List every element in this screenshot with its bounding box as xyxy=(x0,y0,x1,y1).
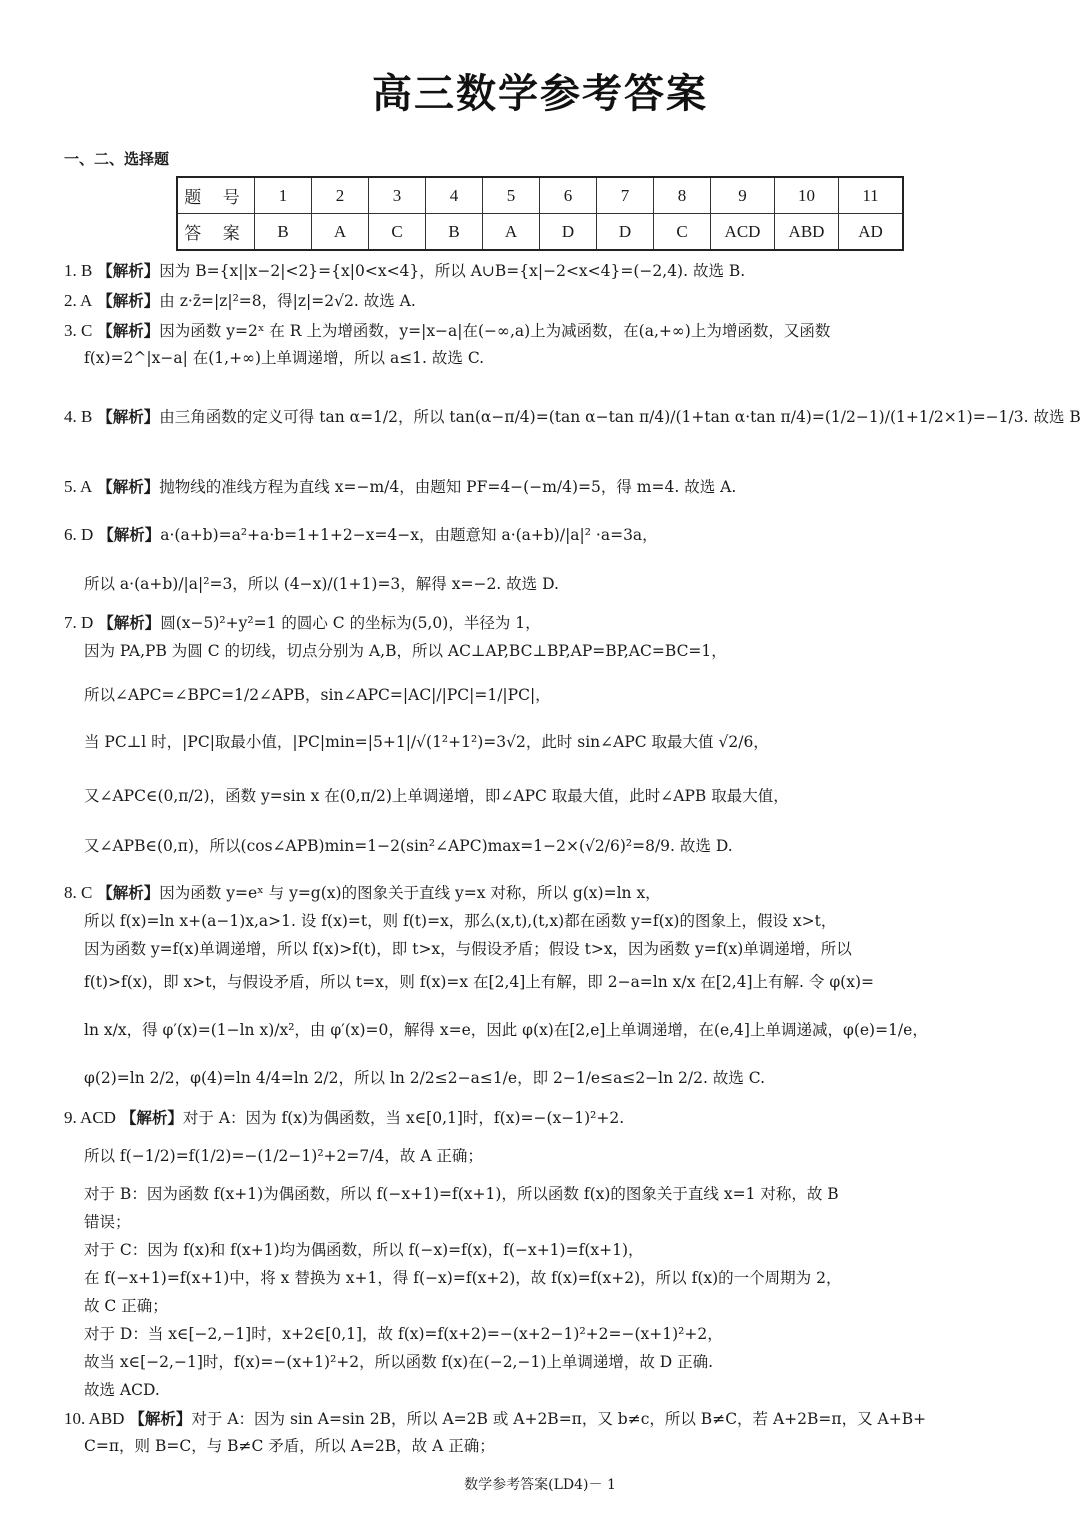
solution-text: a·(a+b)=a²+a·b=1+1+2−x=4−x，由题意知 a·(a+b)/… xyxy=(160,526,657,544)
q-number: 10. ABD xyxy=(64,1409,124,1428)
analysis-tag: 【解析】 xyxy=(98,614,160,632)
solution-6: 6. D 【解析】a·(a+b)=a²+a·b=1+1+2−x=4−x，由题意知… xyxy=(64,520,658,550)
cell: 5 xyxy=(483,177,540,214)
solution-text: 故选 ACD. xyxy=(84,1376,160,1405)
cell: C xyxy=(369,214,426,251)
solution-text: 因为函数 y=2ˣ 在 R 上为增函数，y=|x−a|在(−∞,a)上为减函数，… xyxy=(159,322,830,340)
solution-text: 因为函数 y=f(x)单调递增，所以 f(x)>f(t)，即 t>x，与假设矛盾… xyxy=(84,935,852,964)
solution-7: 7. D 【解析】圆(x−5)²+y²=1 的圆心 C 的坐标为(5,0)，半径… xyxy=(64,608,541,638)
solution-text: 因为 B={x||x−2|<2}={x|0<x<4}，所以 A∪B={x|−2<… xyxy=(159,262,745,280)
solution-text: ln x/x，得 φ′(x)=(1−ln x)/x²，由 φ′(x)=0，解得 … xyxy=(84,1016,928,1045)
page-title: 高三数学参考答案 xyxy=(0,62,1080,119)
solution-text: 错误； xyxy=(84,1208,131,1237)
cell: 3 xyxy=(369,177,426,214)
solution-text: f(t)>f(x)，即 x>t，与假设矛盾，所以 t=x，则 f(x)=x 在[… xyxy=(84,968,874,997)
page-footer: 数学参考答案(LD4)－ 1 xyxy=(0,1474,1080,1494)
solution-text: 由三角函数的定义可得 tan α=1/2，所以 tan(α−π/4)=(tan … xyxy=(159,408,1080,426)
solution-text: 所以∠APC=∠BPC=1/2∠APB，sin∠APC=|AC|/|PC|=1/… xyxy=(84,681,551,710)
analysis-tag: 【解析】 xyxy=(97,408,159,426)
cell: A xyxy=(312,214,369,251)
solution-4: 4. B 【解析】由三角函数的定义可得 tan α=1/2，所以 tan(α−π… xyxy=(64,402,1080,432)
solution-text: C=π，则 B=C，与 B≠C 矛盾，所以 A=2B，故 A 正确； xyxy=(84,1432,495,1461)
analysis-tag: 【解析】 xyxy=(97,262,159,280)
analysis-tag: 【解析】 xyxy=(97,478,159,496)
cell: 6 xyxy=(540,177,597,214)
solution-text: 又∠APC∈(0,π/2)，函数 y=sin x 在(0,π/2)上单调递增，即… xyxy=(84,782,789,811)
solution-text: 因为 PA,PB 为圆 C 的切线，切点分别为 A,B，所以 AC⊥AP,BC⊥… xyxy=(84,637,727,666)
cell: AD xyxy=(839,214,904,251)
solution-text: 故当 x∈[−2,−1]时，f(x)=−(x+1)²+2，所以函数 f(x)在(… xyxy=(84,1348,713,1377)
analysis-tag: 【解析】 xyxy=(97,322,159,340)
cell: 4 xyxy=(426,177,483,214)
row-label: 答 案 xyxy=(177,214,255,251)
cell: ABD xyxy=(775,214,839,251)
solution-10: 10. ABD 【解析】对于 A：因为 sin A=sin 2B，所以 A=2B… xyxy=(64,1404,926,1434)
cell: C xyxy=(654,214,711,251)
cell: 7 xyxy=(597,177,654,214)
q-number: 8. C xyxy=(64,883,92,902)
solution-text: 所以 f(−1/2)=f(1/2)=−(1/2−1)²+2=7/4，故 A 正确… xyxy=(84,1142,483,1171)
solution-text: f(x)=2^|x−a| 在(1,+∞)上单调递增，所以 a≤1. 故选 C. xyxy=(84,344,484,373)
q-number: 5. A xyxy=(64,477,92,496)
solution-text: 当 PC⊥l 时，|PC|取最小值，|PC|min=|5+1|/√(1²+1²)… xyxy=(84,728,769,757)
cell: A xyxy=(483,214,540,251)
solution-9: 9. ACD 【解析】对于 A：因为 f(x)为偶函数，当 x∈[0,1]时，f… xyxy=(64,1103,624,1133)
cell: B xyxy=(255,214,312,251)
solution-2: 2. A 【解析】由 z·z̄=|z|²=8，得|z|=2√2. 故选 A. xyxy=(64,286,416,316)
solution-1: 1. B 【解析】因为 B={x||x−2|<2}={x|0<x<4}，所以 A… xyxy=(64,256,745,286)
analysis-tag: 【解析】 xyxy=(97,884,159,902)
solution-text: 所以 f(x)=ln x+(a−1)x,a>1. 设 f(x)=t，则 f(t)… xyxy=(84,907,836,936)
solution-3: 3. C 【解析】因为函数 y=2ˣ 在 R 上为增函数，y=|x−a|在(−∞… xyxy=(64,316,830,346)
analysis-tag: 【解析】 xyxy=(98,526,160,544)
cell: D xyxy=(540,214,597,251)
solution-text: 对于 B：因为函数 f(x+1)为偶函数，所以 f(−x+1)=f(x+1)，所… xyxy=(84,1180,839,1209)
cell: 2 xyxy=(312,177,369,214)
q-number: 1. B xyxy=(64,261,92,280)
analysis-tag: 【解析】 xyxy=(121,1109,183,1127)
solution-text: 故 C 正确； xyxy=(84,1292,168,1321)
cell: 1 xyxy=(255,177,312,214)
analysis-tag: 【解析】 xyxy=(97,292,159,310)
solution-text: 抛物线的准线方程为直线 x=−m/4，由题知 PF=4−(−m/4)=5，得 m… xyxy=(159,478,736,496)
solution-text: 又∠APB∈(0,π)，所以(cos∠APB)min=1−2(sin²∠APC)… xyxy=(84,832,733,861)
solution-8: 8. C 【解析】因为函数 y=eˣ 与 y=g(x)的图象关于直线 y=x 对… xyxy=(64,878,661,908)
solution-text: 所以 a·(a+b)/|a|²=3，所以 (4−x)/(1+1)=3，解得 x=… xyxy=(84,570,559,599)
cell: 10 xyxy=(775,177,839,214)
cell: ACD xyxy=(711,214,775,251)
cell: B xyxy=(426,214,483,251)
row-label: 题 号 xyxy=(177,177,255,214)
cell: 9 xyxy=(711,177,775,214)
answer-table: 题 号 1 2 3 4 5 6 7 8 9 10 11 答 案 B A C B … xyxy=(176,176,904,251)
solution-text: 对于 D：当 x∈[−2,−1]时，x+2∈[0,1]，故 f(x)=f(x+2… xyxy=(84,1320,723,1349)
solution-text: 圆(x−5)²+y²=1 的圆心 C 的坐标为(5,0)，半径为 1， xyxy=(160,614,540,632)
cell: 8 xyxy=(654,177,711,214)
solution-text: 对于 A：因为 f(x)为偶函数，当 x∈[0,1]时，f(x)=−(x−1)²… xyxy=(183,1109,624,1127)
solution-text: φ(2)=ln 2/2，φ(4)=ln 4/4=ln 2/2，所以 ln 2/2… xyxy=(84,1064,765,1093)
solution-text: 因为函数 y=eˣ 与 y=g(x)的图象关于直线 y=x 对称，所以 g(x)… xyxy=(159,884,660,902)
q-number: 7. D xyxy=(64,613,93,632)
solution-text: 由 z·z̄=|z|²=8，得|z|=2√2. 故选 A. xyxy=(159,292,415,310)
solution-text: 对于 A：因为 sin A=sin 2B，所以 A=2B 或 A+2B=π，又 … xyxy=(191,1410,926,1428)
cell: 11 xyxy=(839,177,904,214)
table-row-numbers: 题 号 1 2 3 4 5 6 7 8 9 10 11 xyxy=(177,177,903,214)
solution-5: 5. A 【解析】抛物线的准线方程为直线 x=−m/4，由题知 PF=4−(−m… xyxy=(64,472,736,502)
section-heading: 一、二、选择题 xyxy=(64,148,169,169)
q-number: 9. ACD xyxy=(64,1108,116,1127)
q-number: 2. A xyxy=(64,291,92,310)
q-number: 6. D xyxy=(64,525,93,544)
analysis-tag: 【解析】 xyxy=(129,1410,191,1428)
cell: D xyxy=(597,214,654,251)
solution-text: 对于 C：因为 f(x)和 f(x+1)均为偶函数，所以 f(−x)=f(x)，… xyxy=(84,1236,644,1265)
table-row-answers: 答 案 B A C B A D D C ACD ABD AD xyxy=(177,214,903,251)
solution-text: 在 f(−x+1)=f(x+1)中，将 x 替换为 x+1，得 f(−x)=f(… xyxy=(84,1264,841,1293)
q-number: 4. B xyxy=(64,407,92,426)
q-number: 3. C xyxy=(64,321,92,340)
